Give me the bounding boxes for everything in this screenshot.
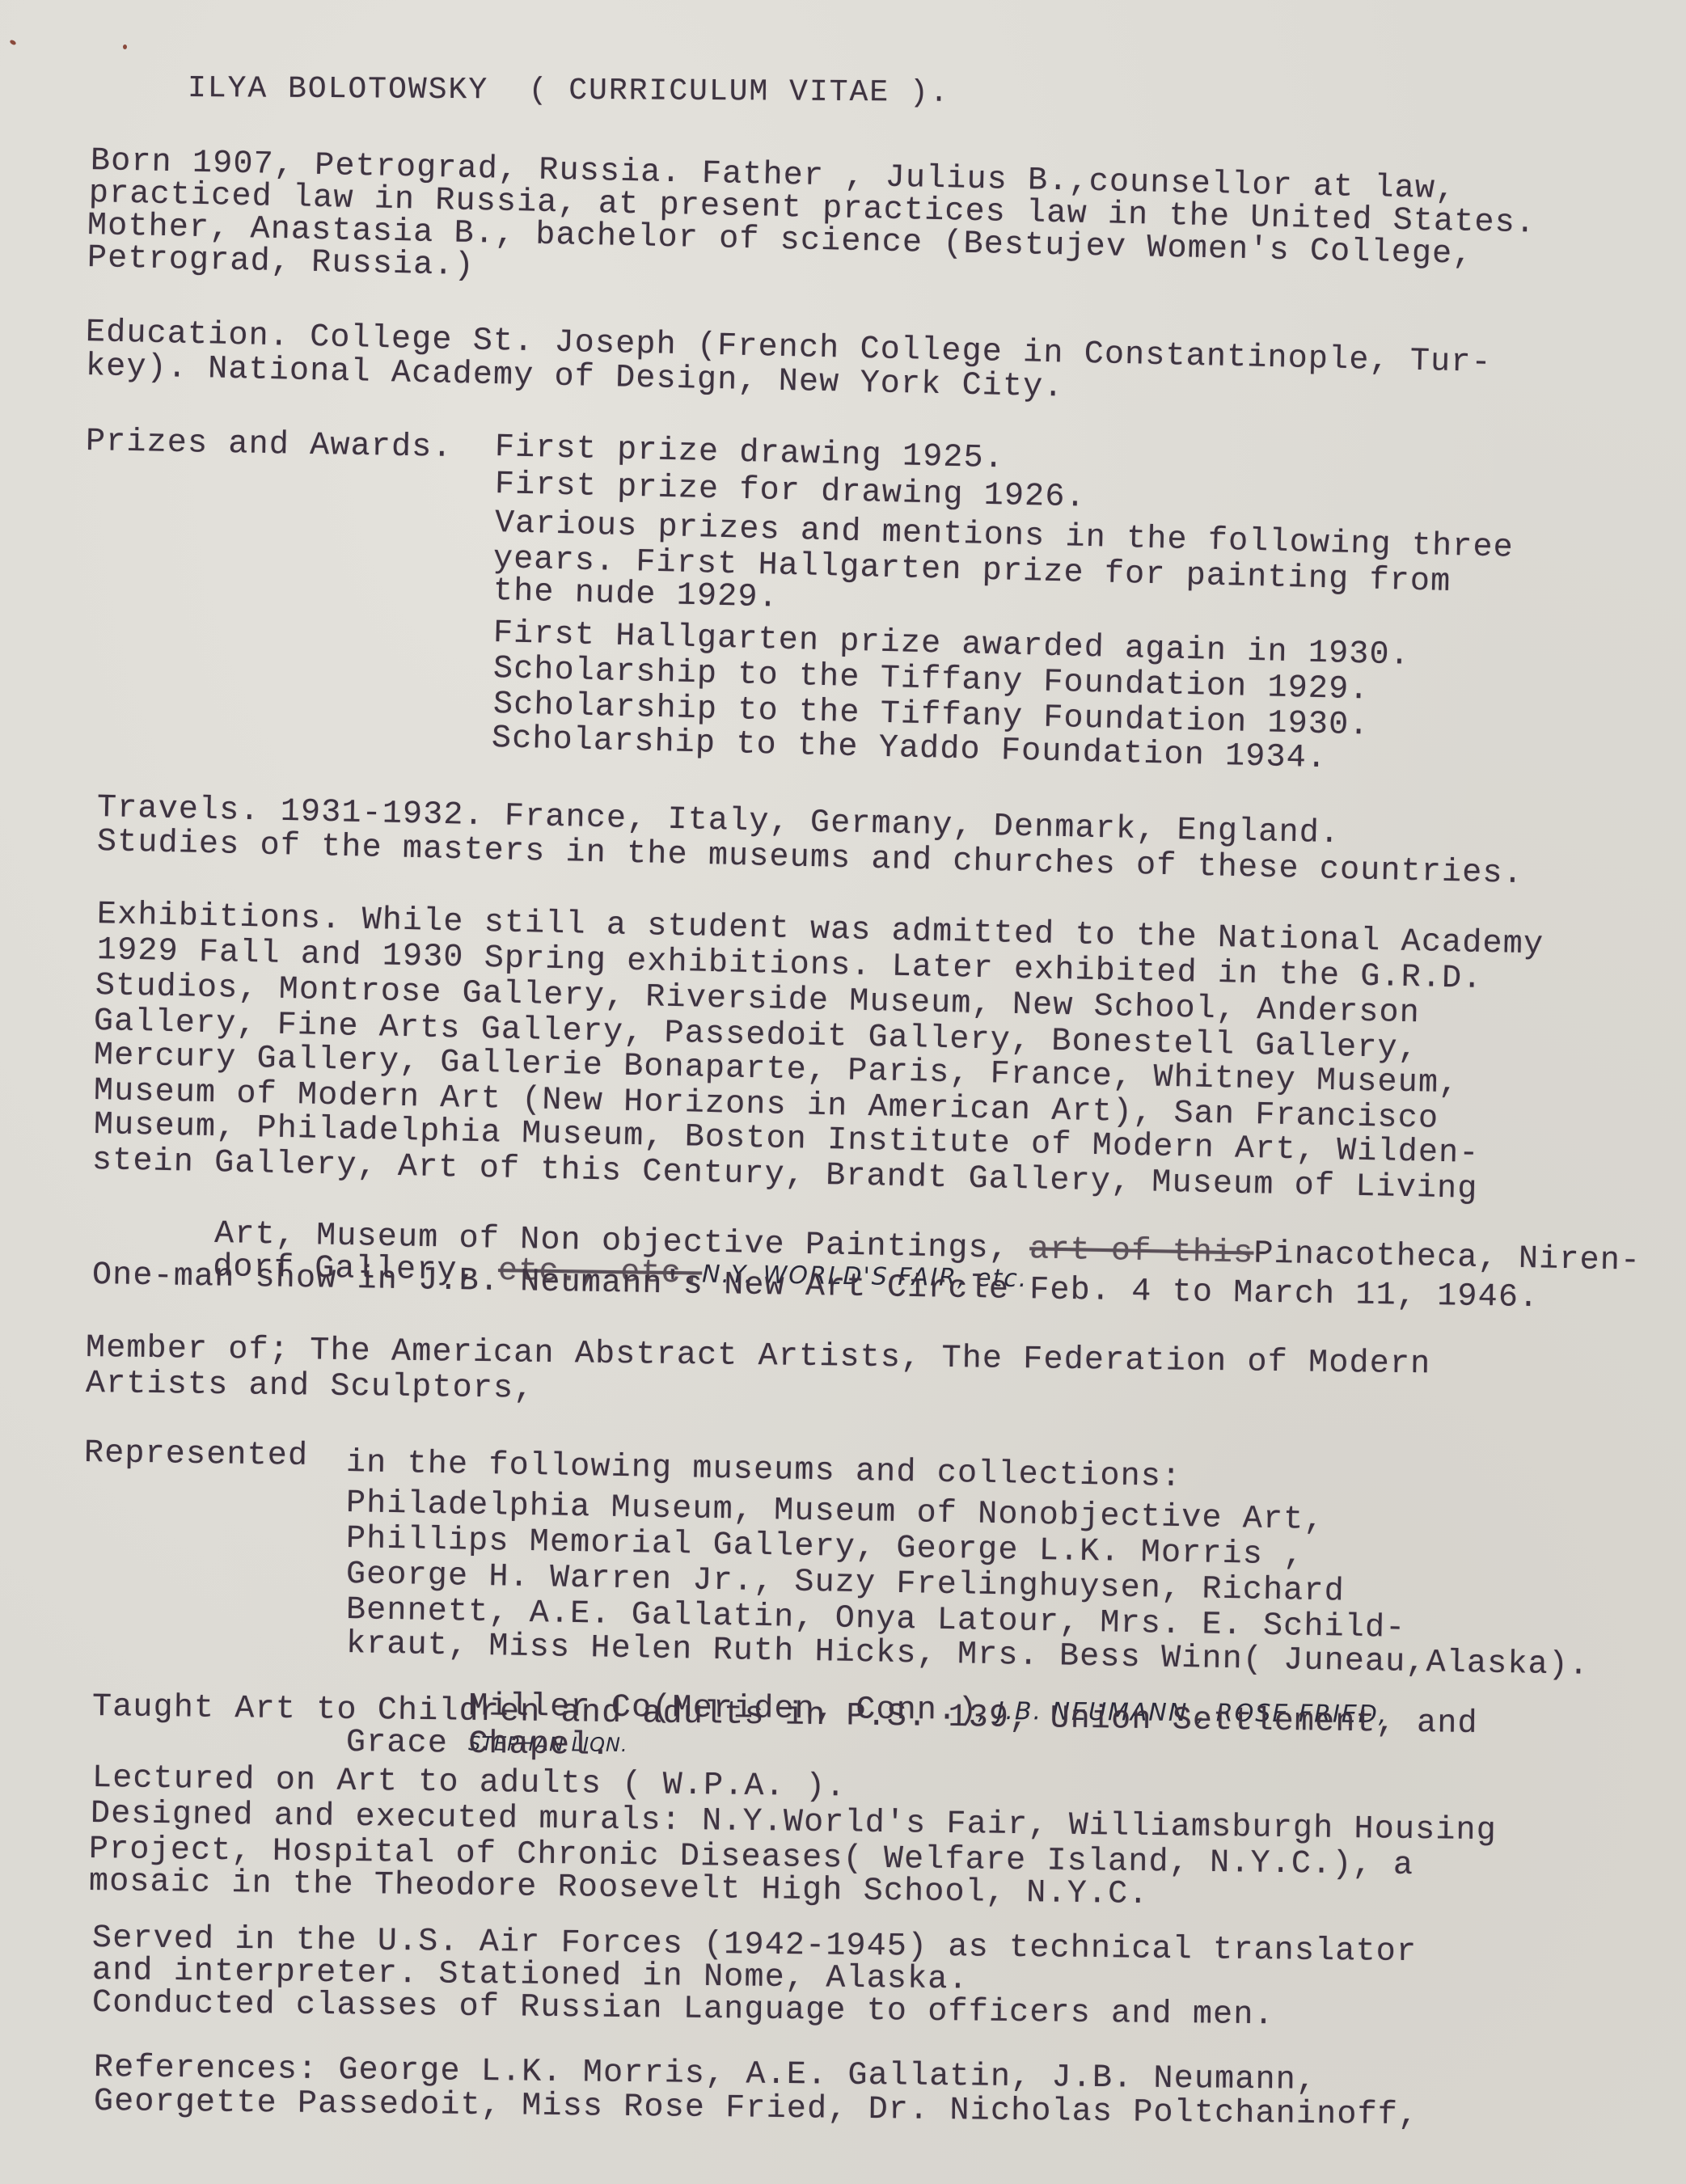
prizes-label: Prizes and Awards. <box>86 425 453 467</box>
exhibitions-text: Pinacotheca, Niren- <box>1253 1236 1642 1280</box>
ink-mark <box>123 44 127 49</box>
membership-line: Artists and Sculptors, <box>86 1367 535 1408</box>
struck-text: art of this <box>1029 1231 1254 1272</box>
typewritten-page: ILYA BOLOTOWSKY ( CURRICULUM VITAE ). Bo… <box>0 0 1686 2184</box>
document-title: ILYA BOLOTOWSKY ( CURRICULUM VITAE ). <box>188 71 950 112</box>
represented-label: Represented <box>84 1436 309 1475</box>
birth-line: Petrograd, Russia.) <box>87 241 475 285</box>
ink-mark <box>9 39 16 45</box>
teaching-line: Grace Chapel. <box>346 1726 611 1764</box>
service-line: Conducted classes of Russian Language to… <box>92 1986 1274 2034</box>
prize-item: the nude 1929. <box>492 574 779 617</box>
